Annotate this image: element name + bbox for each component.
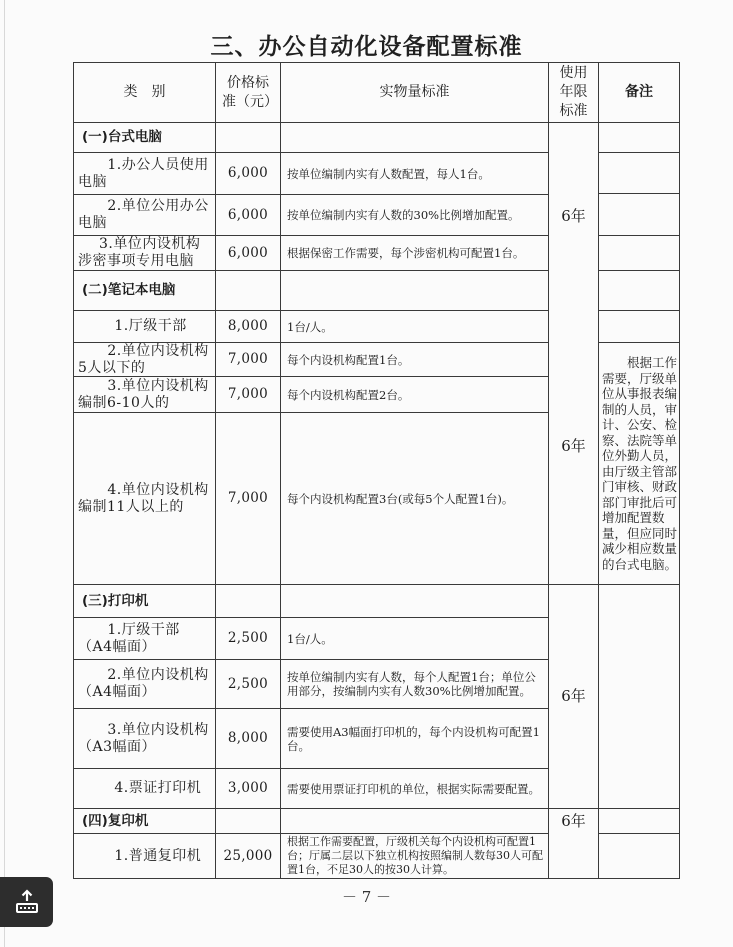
item-name: 1.厅级干部 (73, 310, 216, 343)
item-name: 2.单位公用办公电脑 (73, 194, 216, 236)
item-price: 8,000 (215, 310, 281, 343)
header-years: 使用年限标准 (548, 62, 599, 123)
item-name: 3.单位内设机构编制6-10人的 (73, 376, 216, 413)
notes-cell (598, 270, 680, 311)
empty-price-cell (215, 270, 281, 311)
section-title-laptop: (二)笔记本电脑 (73, 270, 216, 311)
item-price: 6,000 (215, 194, 281, 236)
empty-standard-cell (280, 270, 549, 311)
notes-cell (598, 584, 680, 809)
years-cell: 6年 (548, 584, 599, 809)
item-price: 6,000 (215, 152, 281, 195)
item-name: 3.单位内设机构（A3幅面） (73, 708, 216, 769)
section-title-printer: (三)打印机 (73, 584, 216, 618)
page-number: － 7 － (0, 886, 733, 907)
item-price: 7,000 (215, 376, 281, 413)
item-standard: 1台/人。 (280, 617, 549, 660)
item-standard: 按单位编制内实有人数的30%比例增加配置。 (280, 194, 549, 236)
item-standard: 需要使用票证打印机的单位，根据实际需要配置。 (280, 768, 549, 809)
item-standard: 根据保密工作需要，每个涉密机构可配置1台。 (280, 235, 549, 271)
item-price: 8,000 (215, 708, 281, 769)
notes-cell (598, 808, 680, 834)
item-standard: 需要使用A3幅面打印机的，每个内设机构可配置1台。 (280, 708, 549, 769)
empty-standard-cell (280, 808, 549, 834)
item-price: 2,500 (215, 659, 281, 709)
item-price: 6,000 (215, 235, 281, 271)
item-standard: 每个内设机构配置2台。 (280, 376, 549, 413)
section-title-desktop: (一)台式电脑 (73, 122, 216, 153)
item-name: 4.单位内设机构编制11人以上的 (73, 412, 216, 585)
item-standard: 每个内设机构配置3台(或每5个人配置1台)。 (280, 412, 549, 585)
item-price: 7,000 (215, 412, 281, 585)
item-standard: 按单位编制内实有人数配置，每人1台。 (280, 152, 549, 195)
item-price: 7,000 (215, 342, 281, 377)
notes-cell (598, 235, 680, 271)
item-name: 2.单位内设机构5人以下的 (73, 342, 216, 377)
item-price: 3,000 (215, 768, 281, 809)
item-name: 2.单位内设机构（A4幅面） (73, 659, 216, 709)
empty-price-cell (215, 808, 281, 834)
header-standard: 实物量标准 (280, 62, 549, 123)
empty-price-cell (215, 122, 281, 153)
notes-cell (598, 310, 680, 343)
section-title-copier: (四)复印机 (73, 808, 216, 834)
item-price: 2,500 (215, 617, 281, 660)
item-name: 1.办公人员使用电脑 (73, 152, 216, 195)
years-cell: 6年 (548, 309, 599, 585)
header-category: 类 别 (73, 62, 216, 123)
notes-cell (598, 193, 680, 236)
empty-standard-cell (280, 584, 549, 618)
header-price: 价格标准（元） (215, 62, 281, 123)
item-standard: 根据工作需要配置，厅级机关每个内设机构可配置1台；厅属二层以下独立机构按照编制人… (280, 833, 549, 879)
upload-keyboard-icon (15, 889, 39, 915)
item-name: 4.票证打印机 (73, 768, 216, 809)
upload-button[interactable] (0, 877, 53, 927)
notes-cell (598, 122, 680, 153)
item-standard: 1台/人。 (280, 310, 549, 343)
empty-price-cell (215, 584, 281, 618)
header-notes: 备注 (598, 62, 680, 123)
years-cell: 6年 (548, 808, 599, 879)
item-price: 25,000 (215, 833, 281, 879)
notes-cell (598, 152, 680, 194)
empty-standard-cell (280, 122, 549, 153)
item-name: 3.单位内设机构涉密事项专用电脑 (73, 235, 216, 271)
config-standard-table: 类 别 价格标准（元） 实物量标准 使用年限标准 备注 (一)台式电脑 1.办公… (0, 0, 733, 947)
notes-cell (598, 833, 680, 879)
item-standard: 按单位编制内实有人数，每个人配置1台；单位公用部分，按编制内实有人数30%比例增… (280, 659, 549, 709)
item-standard: 每个内设机构配置1台。 (280, 342, 549, 377)
item-name: 1.厅级干部（A4幅面） (73, 617, 216, 660)
item-name: 1.普通复印机 (73, 833, 216, 879)
years-cell: 6年 (548, 122, 599, 310)
laptop-note: 根据工作需要，厅级单位从事报表编制的人员，审计、公安、检察、法院等单位外勤人员，… (598, 342, 680, 585)
